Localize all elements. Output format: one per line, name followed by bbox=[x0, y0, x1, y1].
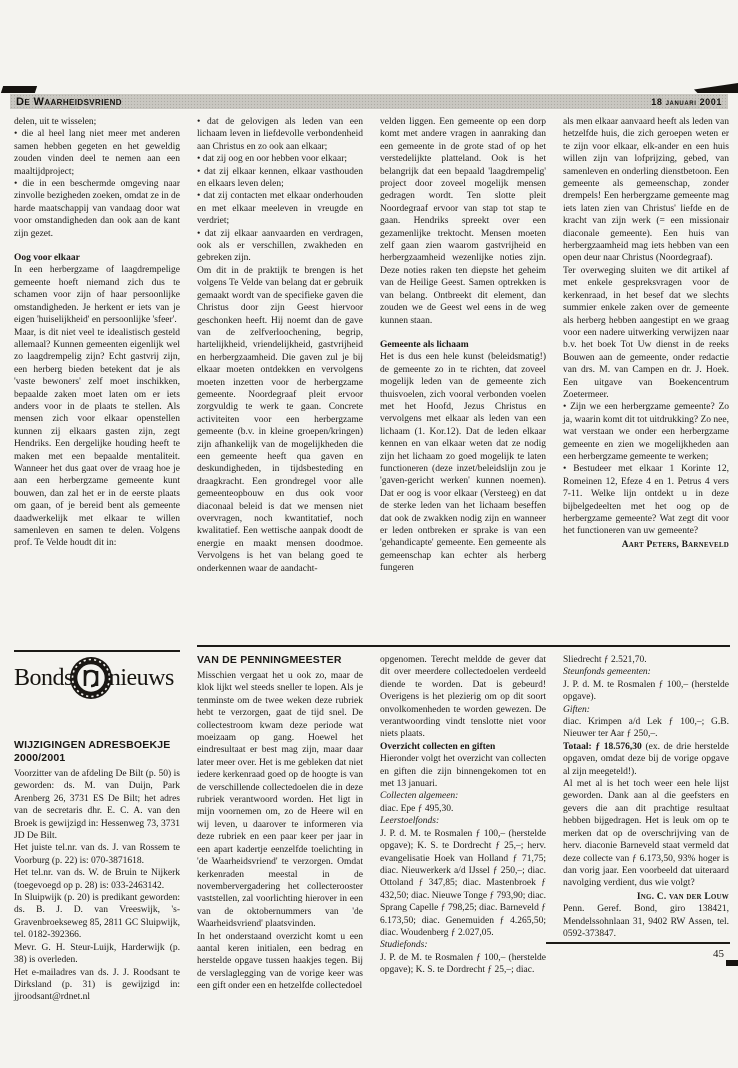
text-block: • dat de gelovigen als leden van een lic… bbox=[197, 116, 363, 153]
text-block: Mevr. G. H. Steur-Luijk, Harderwijk (p. … bbox=[14, 942, 180, 967]
section-divider-columns234 bbox=[197, 645, 730, 647]
bonds-emblem-icon bbox=[69, 656, 113, 700]
text-block: diac. Epe ƒ 495,30. bbox=[380, 803, 546, 815]
text-block: In het onderstaand overzicht komt u een … bbox=[197, 931, 363, 993]
article-column-2: • dat de gelovigen als leden van een lic… bbox=[197, 116, 363, 575]
section-heading: WIJZIGINGEN ADRESBOEKJE 2000/2001 bbox=[14, 739, 180, 765]
text-block: Om dit in de praktijk te brengen is het … bbox=[197, 265, 363, 575]
text-block: delen, uit te wisselen; bbox=[14, 116, 180, 128]
text-block: Collecten algemeen: bbox=[380, 790, 546, 802]
penningmeester-column: VAN DE PENNINGMEESTERMisschien vergaat h… bbox=[197, 654, 363, 1004]
text-block: J. P. d. M. te Rosmalen ƒ 100,– (herstel… bbox=[563, 679, 729, 704]
text-block: • dat zij contacten met elkaar onderhoud… bbox=[197, 190, 363, 227]
section-heading: Oog voor elkaar bbox=[14, 252, 180, 264]
text-block: Ter overweging sluiten we dit artikel af… bbox=[563, 265, 729, 401]
text-block: Al met al is het toch weer een hele lijs… bbox=[563, 778, 729, 890]
text-block: • dat zij elkaar kennen, elkaar vasthoud… bbox=[197, 166, 363, 191]
section-heading: Gemeente als lichaam bbox=[380, 339, 546, 351]
text-block: Sliedrecht ƒ 2.521,70. bbox=[563, 654, 729, 666]
article-columns: delen, uit te wisselen;• die al heel lan… bbox=[14, 116, 730, 575]
text-block: Het juiste tel.nr. van ds. J. van Rossem… bbox=[14, 842, 180, 867]
text-block: Totaal: ƒ 18.576,30 (ex. de drie herstel… bbox=[563, 741, 729, 778]
issue-date: 18 januari 2001 bbox=[651, 97, 722, 107]
text-block: • die in een beschermde omgeving naar zi… bbox=[14, 178, 180, 240]
page-number: 45 bbox=[713, 948, 724, 960]
masthead-bar: De Waarheidsvriend 18 januari 2001 bbox=[10, 94, 728, 109]
bondsnieuws-logo: Bonds nieuws bbox=[14, 655, 180, 701]
bonds-logo-word-left: Bonds bbox=[14, 672, 73, 684]
section-heading: Overzicht collecten en giften bbox=[380, 741, 546, 753]
text-block: Penn. Geref. Bond, giro 138421, Mendelss… bbox=[563, 903, 729, 940]
text-block: J. P. de M. te Rosmalen ƒ 100,– (herstel… bbox=[380, 952, 546, 977]
text-block: • Zijn we een herbergzame gemeente? Zo j… bbox=[563, 401, 729, 463]
text-block: velden liggen. Een gemeente op een dorp … bbox=[380, 116, 546, 327]
text-block: • die al heel lang niet meer met anderen… bbox=[14, 128, 180, 178]
text-block: opgenomen. Terecht meldde de gever dat d… bbox=[380, 654, 546, 741]
text-block: Misschien vergaat het u ook zo, maar de … bbox=[197, 670, 363, 931]
article-column-1: delen, uit te wisselen;• die al heel lan… bbox=[14, 116, 180, 575]
section-divider-column1 bbox=[14, 650, 180, 652]
bottom-columns: Bonds nieuws WIJZIGINGEN ADRESBOEKJE 200… bbox=[14, 654, 730, 1004]
adresboekje-section: WIJZIGINGEN ADRESBOEKJE 2000/2001Voorzit… bbox=[14, 739, 180, 1004]
article-column-3: velden liggen. Een gemeente op een dorp … bbox=[380, 116, 546, 575]
text-block: Leerstoelfonds: bbox=[380, 815, 546, 827]
text-block: In Sluipwijk (p. 20) is predikant geword… bbox=[14, 892, 180, 942]
text-block: Maar, is dit niet veel te idealistisch g… bbox=[14, 327, 180, 550]
scanned-magazine-page: De Waarheidsvriend 18 januari 2001 delen… bbox=[0, 0, 738, 1068]
author-byline: Aart Peters, Barneveld bbox=[563, 539, 729, 551]
article-column-4: als men elkaar aanvaard heeft als leden … bbox=[563, 116, 729, 575]
section-heading: VAN DE PENNINGMEESTER bbox=[197, 654, 363, 667]
text-block: Hieronder volgt het overzicht van collec… bbox=[380, 753, 546, 790]
text-block: Steunfonds gemeenten: bbox=[563, 666, 729, 678]
bondsnieuws-column: Bonds nieuws WIJZIGINGEN ADRESBOEKJE 200… bbox=[14, 654, 180, 1004]
publication-title: De Waarheidsvriend bbox=[16, 96, 122, 108]
collecten-column: opgenomen. Terecht meldde de gever dat d… bbox=[380, 654, 546, 1004]
giften-totaal-column: Sliedrecht ƒ 2.521,70.Steunfonds gemeent… bbox=[563, 654, 729, 1004]
text-block: diac. Krimpen a/d Lek ƒ 100,–; G.B. Nieu… bbox=[563, 716, 729, 741]
footer-rule bbox=[546, 942, 730, 944]
scan-artifact-top-left bbox=[1, 86, 37, 93]
bonds-logo-word-right: nieuws bbox=[109, 672, 174, 684]
text-block: In een herbergzame of laagdrempelige gem… bbox=[14, 264, 180, 326]
text-block: als men elkaar aanvaard heeft als leden … bbox=[563, 116, 729, 265]
text-block: Giften: bbox=[563, 704, 729, 716]
text-block: Studiefonds: bbox=[380, 939, 546, 951]
text-block: • Bestudeer met elkaar 1 Korinte 12, Rom… bbox=[563, 463, 729, 537]
scan-artifact-top-right bbox=[694, 83, 738, 93]
text-block: Het is dus een hele kunst (beleidsmatig!… bbox=[380, 351, 546, 574]
text-block: J. P. d. M. te Rosmalen ƒ 100,– (herstel… bbox=[380, 828, 546, 940]
text-block: Voorzitter van de afdeling De Bilt (p. 5… bbox=[14, 768, 180, 842]
text-block: • dat zij oog en oor hebben voor elkaar; bbox=[197, 153, 363, 165]
text-block: Het tel.nr. van ds. W. de Bruin te Nijke… bbox=[14, 867, 180, 892]
text-block: • dat zij elkaar aanvaarden en verdragen… bbox=[197, 228, 363, 265]
text-block: Het e-mailadres van ds. J. J. Roodsant t… bbox=[14, 967, 180, 1004]
author-byline: Ing. C. van der Louw bbox=[563, 891, 729, 903]
